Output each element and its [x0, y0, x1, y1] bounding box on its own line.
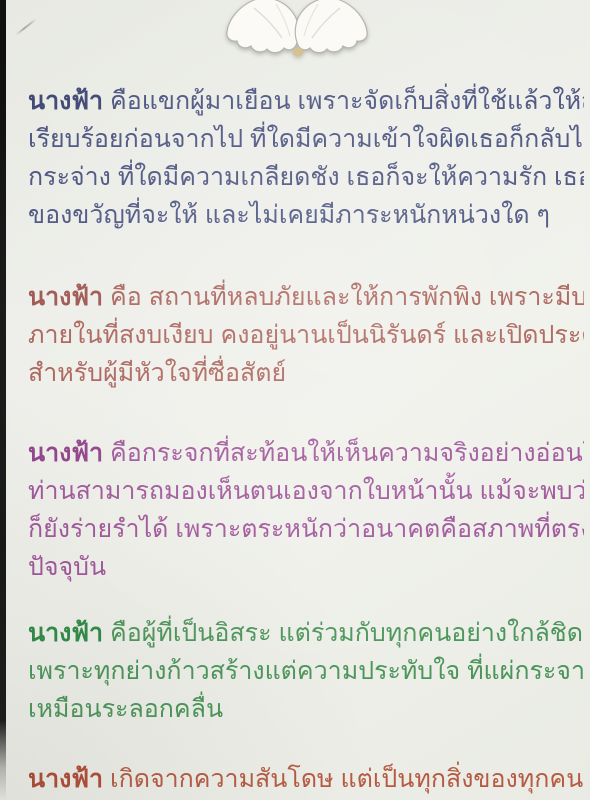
paragraph-line-text: คือแขกผู้มาเยือน เพราะจัดเก็บสิ่งที่ใช้แ… — [103, 87, 584, 115]
paragraph-line: ก็ยังร่ายรำได้ เพราะตระหนักว่าอนาคตคือสภ… — [28, 510, 584, 548]
paragraph-lead: นางฟ้า — [28, 87, 103, 115]
photo-left-edge — [0, 0, 6, 800]
paragraph-line: นางฟ้า คือ สถานที่หลบภัยและให้การพักพิง … — [28, 278, 584, 316]
paragraph-line-text: เกิดจากความสันโดษ แต่เป็นทุกสิ่งของทุกคน — [103, 765, 583, 793]
paragraph-line: ท่านสามารถมองเห็นตนเองจากใบหน้านั้น แม้จ… — [28, 472, 584, 510]
paragraph-line: เพราะทุกย่างก้าวสร้างแต่ความประทับใจ ที่… — [28, 652, 584, 690]
paragraph-5: นางฟ้า เกิดจากความสันโดษ แต่เป็นทุกสิ่งข… — [28, 760, 584, 798]
paragraph-4: นางฟ้า คือผู้ที่เป็นอิสระ แต่ร่วมกับทุกค… — [28, 614, 584, 728]
paragraph-2: นางฟ้า คือ สถานที่หลบภัยและให้การพักพิง … — [28, 278, 584, 392]
paragraph-lead: นางฟ้า — [28, 619, 103, 647]
paragraph-line: เรียบร้อยก่อนจากไป ที่ใดมีความเข้าใจผิดเ… — [28, 120, 584, 158]
paragraph-line: นางฟ้า คือผู้ที่เป็นอิสระ แต่ร่วมกับทุกค… — [28, 614, 584, 652]
paragraph-3: นางฟ้า คือกระจกที่สะท้อนให้เห็นความจริงอ… — [28, 434, 584, 586]
paragraph-line: ภายในที่สงบเงียบ คงอยู่นานเป็นนิรันดร์ แ… — [28, 316, 584, 354]
paragraph-line: เหมือนระลอกคลื่น — [28, 690, 584, 728]
paragraph-line: ปัจจุบัน — [28, 548, 584, 586]
paragraph-line: กระจ่าง ที่ใดมีความเกลียดชัง เธอก็จะให้ค… — [28, 158, 584, 196]
paragraph-line-text: คือ สถานที่หลบภัยและให้การพักพิง เพราะมี… — [103, 283, 584, 311]
paragraph-line-text: คือกระจกที่สะท้อนให้เห็นความจริงอย่างอ่อ… — [103, 439, 584, 467]
paragraph-lead: นางฟ้า — [28, 439, 103, 467]
paragraph-line: สำหรับผู้มีหัวใจที่ซื่อสัตย์ — [28, 354, 584, 392]
paragraph-1: นางฟ้า คือแขกผู้มาเยือน เพราะจัดเก็บสิ่ง… — [28, 82, 584, 234]
paragraph-line: นางฟ้า คือกระจกที่สะท้อนให้เห็นความจริงอ… — [28, 434, 584, 472]
paragraph-lead: นางฟ้า — [28, 765, 103, 793]
paragraph-line: ของขวัญที่จะให้ และไม่เคยมีภาระหนักหน่วง… — [28, 196, 584, 234]
paragraph-line: นางฟ้า เกิดจากความสันโดษ แต่เป็นทุกสิ่งข… — [28, 760, 584, 798]
paragraph-lead: นางฟ้า — [28, 283, 103, 311]
document-text: นางฟ้า คือแขกผู้มาเยือน เพราะจัดเก็บสิ่ง… — [0, 0, 590, 800]
paragraph-line: นางฟ้า คือแขกผู้มาเยือน เพราะจัดเก็บสิ่ง… — [28, 82, 584, 120]
paragraph-line-text: คือผู้ที่เป็นอิสระ แต่ร่วมกับทุกคนอย่างใ… — [103, 619, 584, 647]
